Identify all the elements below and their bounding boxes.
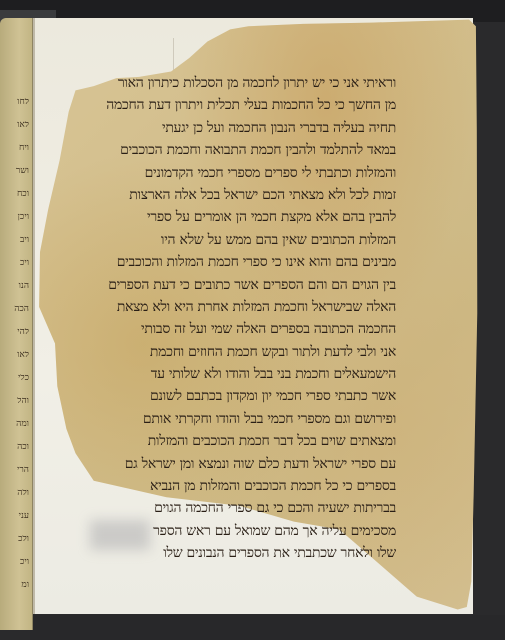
text-line: בין הגוים הם והם הספרים אשר כתובים כי דע… [58,274,396,296]
text-line: להבין בהם אלא מקצת חכמי הן אומרים על ספר… [58,206,396,228]
adjacent-line: ויח [3,144,29,153]
text-line: אני ולבי לדעת ולתור ובקש חכמת החוזים וחכ… [58,341,396,363]
text-line: ומצאתים שוים בכל דבר חכמת הכוכבים והמזלו… [58,430,396,452]
adjacent-line: כלי [3,374,29,383]
text-line: ופירושם וגם מספרי חכמי בבל והודו וחקרתי … [58,408,396,430]
adjacent-line: ולה [3,489,29,498]
text-line: בבריתות ישעיה והכם כי גם ספרי החכמה הגוי… [58,497,396,519]
adjacent-line: לחו [3,98,29,107]
text-line: המזלות הכתובים שאין בהם ממש על שלא היו [58,229,396,251]
text-line: זמות לכל ולא מצאתי הכם ישראל בכל אלה האר… [58,184,396,206]
text-line: האלה שבישראל וחכמת המזלות אחרת היא ולא מ… [58,296,396,318]
adjacent-line: עני [3,512,29,521]
adjacent-line: ויכ [3,558,29,567]
text-line: אשר כתבתי ספרי חכמי יון ומקדון בכתבם לשו… [58,385,396,407]
adjacent-line: וכה [3,443,29,452]
adjacent-page: לחו לאו ויח ושר וכח ויכן ויב ויכ הנו הכה… [0,18,33,630]
adjacent-line: ולכ [3,535,29,544]
adjacent-line: הנו [3,282,29,291]
text-line: וראיתי אני כי יש יתרון לחכמה מן הסכלות כ… [58,72,396,94]
mount-edge [33,18,35,614]
text-line: מן החשך כי כל החכמות בעלי תכלית ויתרון ד… [58,94,396,116]
text-line: הישמעאלים וחכמת בני בבל והודו ולא שלותי … [58,363,396,385]
adjacent-line: וכח [3,190,29,199]
adjacent-line: ויב [3,236,29,245]
text-line: תחיה בעליה בדברי הנבון החכמה ועל כן יגעת… [58,117,396,139]
manuscript-text: וראיתי אני כי יש יתרון לחכמה מן הסכלות כ… [58,72,396,565]
adjacent-line: ויכן [3,213,29,222]
bottom-background-strip [30,615,505,640]
text-line: בספרים כי כל חכמת הכוכבים והמזלות מן הנב… [58,475,396,497]
text-line: מבינים בהם והוא אינו כי ספרי חכמת המזלות… [58,251,396,273]
adjacent-line: ושר [3,167,29,176]
adjacent-line: ומה [3,420,29,429]
adjacent-line: לאו [3,121,29,130]
text-line: החכמה הכתובה בספרים האלה שמי ועל זה סבות… [58,318,396,340]
adjacent-line: ומ [3,581,29,590]
text-line: במאד להתלמד ולהבין חכמת התבואה וחכמת הכו… [58,139,396,161]
adjacent-line: הרי [3,466,29,475]
adjacent-line: והל [3,397,29,406]
text-line: עם ספרי ישראל ודעת כלם שוה ונמצא ומן ישר… [58,453,396,475]
text-line: מסכימים עליה אך מהם שמואל עם ראש הספר [58,520,396,542]
adjacent-line: להי [3,328,29,337]
text-line: והמזלות וכתבתי לי ספרים מספרי חכמי הקדמו… [58,162,396,184]
adjacent-line: הכה [3,305,29,314]
text-line: שלו ולאחר שכתבתי את הספרים הנבונים שלו [58,542,396,564]
adjacent-line: ויכ [3,259,29,268]
adjacent-line: לאו [3,351,29,360]
